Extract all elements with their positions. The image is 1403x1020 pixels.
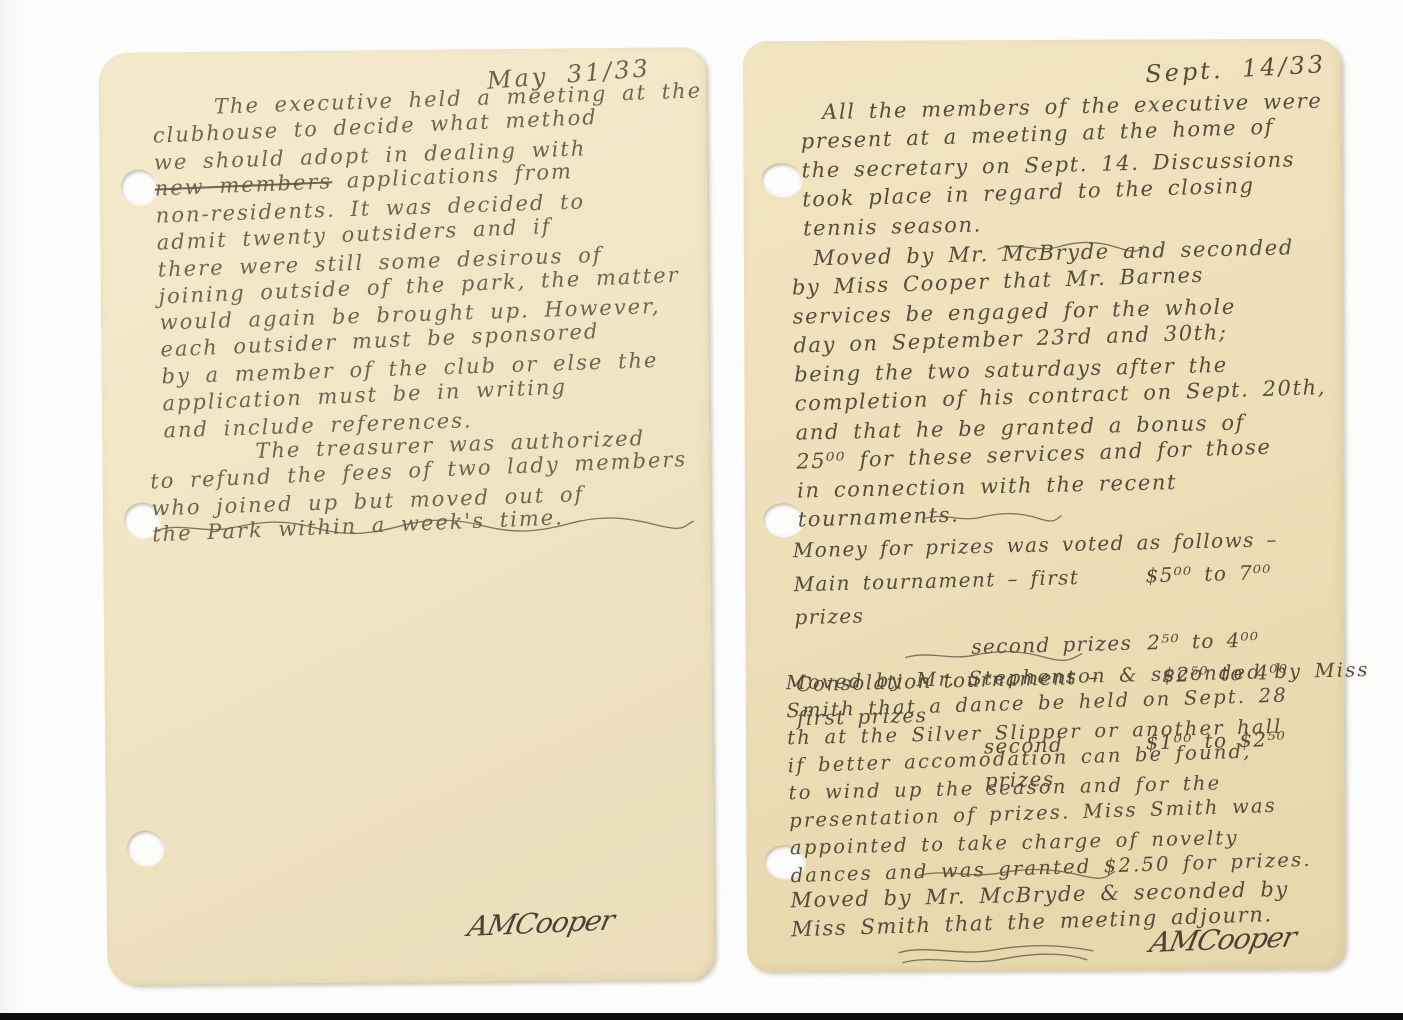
flourish bbox=[897, 942, 1097, 969]
prize-label: Main tournament – first prizes bbox=[793, 559, 1133, 635]
squiggle-divider bbox=[155, 513, 695, 536]
punch-hole bbox=[127, 830, 163, 865]
punch-hole bbox=[121, 169, 157, 204]
signature: AMCooper bbox=[1147, 920, 1299, 959]
paragraph: All the members of the executive were pr… bbox=[800, 85, 1326, 243]
table-row: Main tournament – first prizes $5⁰⁰ to 7… bbox=[793, 555, 1287, 634]
paragraph: Moved by Mr. McBryde and seconded by Mis… bbox=[791, 231, 1330, 534]
scanned-document: May 31/33 The executive held a meeting a… bbox=[0, 0, 1403, 1020]
prize-value: $5⁰⁰ to 7⁰⁰ bbox=[1145, 556, 1273, 626]
squiggle-divider bbox=[904, 648, 1084, 663]
signature: AMCooper bbox=[465, 903, 617, 942]
punch-hole bbox=[762, 163, 802, 196]
squiggle-divider bbox=[923, 510, 1063, 524]
right-page: Sept. 14/33 All the members of the execu… bbox=[743, 39, 1345, 972]
paragraph: Moved by Mr. Stephenson & seconded by Mi… bbox=[785, 654, 1374, 889]
left-page: May 31/33 The executive held a meeting a… bbox=[99, 47, 715, 985]
struck-text: new members bbox=[154, 170, 332, 201]
paragraph: The executive held a meeting at the club… bbox=[151, 76, 713, 444]
scan-edge-bar bbox=[0, 1013, 1403, 1020]
prize-value: 2⁵⁰ to 4⁰⁰ bbox=[1147, 623, 1260, 659]
date-heading: Sept. 14/33 bbox=[1144, 50, 1326, 88]
